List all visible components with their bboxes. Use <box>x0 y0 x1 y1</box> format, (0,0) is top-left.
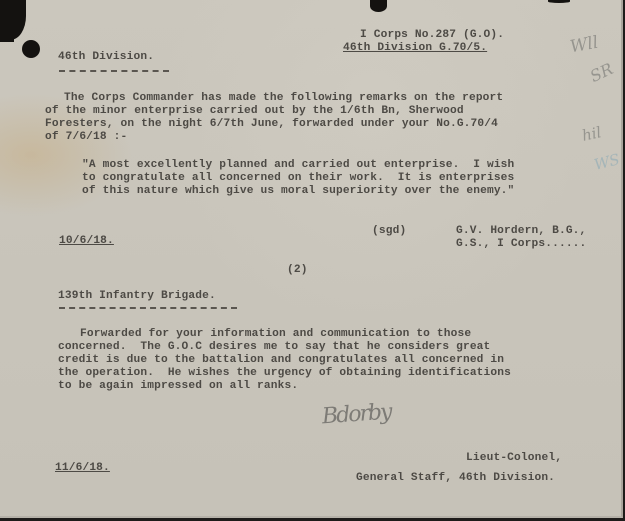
ink-blot-top-left-drip <box>22 40 40 58</box>
quote-line3: of this nature which give us moral super… <box>82 184 514 198</box>
ink-blot-top-right <box>548 0 570 3</box>
para2-line1: Forwarded for your information and commu… <box>80 327 471 341</box>
signatory-line2: G.S., I Corps...... <box>456 237 586 251</box>
para2-line4: the operation. He wishes the urgency of … <box>58 366 511 380</box>
section-number: (2) <box>287 263 308 277</box>
addressee-underline <box>59 70 169 72</box>
margin-annotation-1: Wll <box>568 33 599 58</box>
ink-blot-top-center <box>370 0 387 12</box>
handwritten-signature: Bdorby <box>321 400 391 430</box>
ink-blot-top-left-edge <box>0 34 14 42</box>
para2-line5: to be again impressed on all ranks. <box>58 379 298 393</box>
quote-line1: "A most excellently planned and carried … <box>82 158 514 172</box>
rank: Lieut-Colonel, <box>466 451 562 465</box>
para1-line2: of the minor enterprise carried out by t… <box>45 104 464 118</box>
para2-line3: credit is due to the battalion and congr… <box>58 353 504 367</box>
para1-line3: Foresters, on the night 6/7th June, forw… <box>45 117 498 131</box>
para1-line4: of 7/6/18 :- <box>45 130 127 144</box>
document-page: I Corps No.287 (G.O). 46th Division G.70… <box>0 0 623 518</box>
para2-line2: concerned. The G.O.C desires me to say t… <box>58 340 490 354</box>
office: General Staff, 46th Division. <box>356 471 555 485</box>
addressee-139th-brigade: 139th Infantry Brigade. <box>58 289 216 303</box>
margin-annotation-4: WS <box>592 150 621 174</box>
quote-line2: to congratulate all concerned on their w… <box>82 171 514 185</box>
corps-reference: I Corps No.287 (G.O). <box>360 28 504 42</box>
para1-line1: The Corps Commander has made the followi… <box>64 91 503 105</box>
addressee-46th-division: 46th Division. <box>58 50 154 64</box>
division-reference: 46th Division G.70/5. <box>343 41 487 55</box>
signatory-line1: G.V. Hordern, B.G., <box>456 224 586 238</box>
brigade-underline <box>59 307 237 309</box>
date-second: 11/6/18. <box>55 461 110 475</box>
margin-annotation-3: hil <box>580 123 603 145</box>
margin-annotation-2: SR <box>587 59 616 86</box>
signed-marker: (sgd) <box>372 224 406 238</box>
date-first: 10/6/18. <box>59 234 114 248</box>
